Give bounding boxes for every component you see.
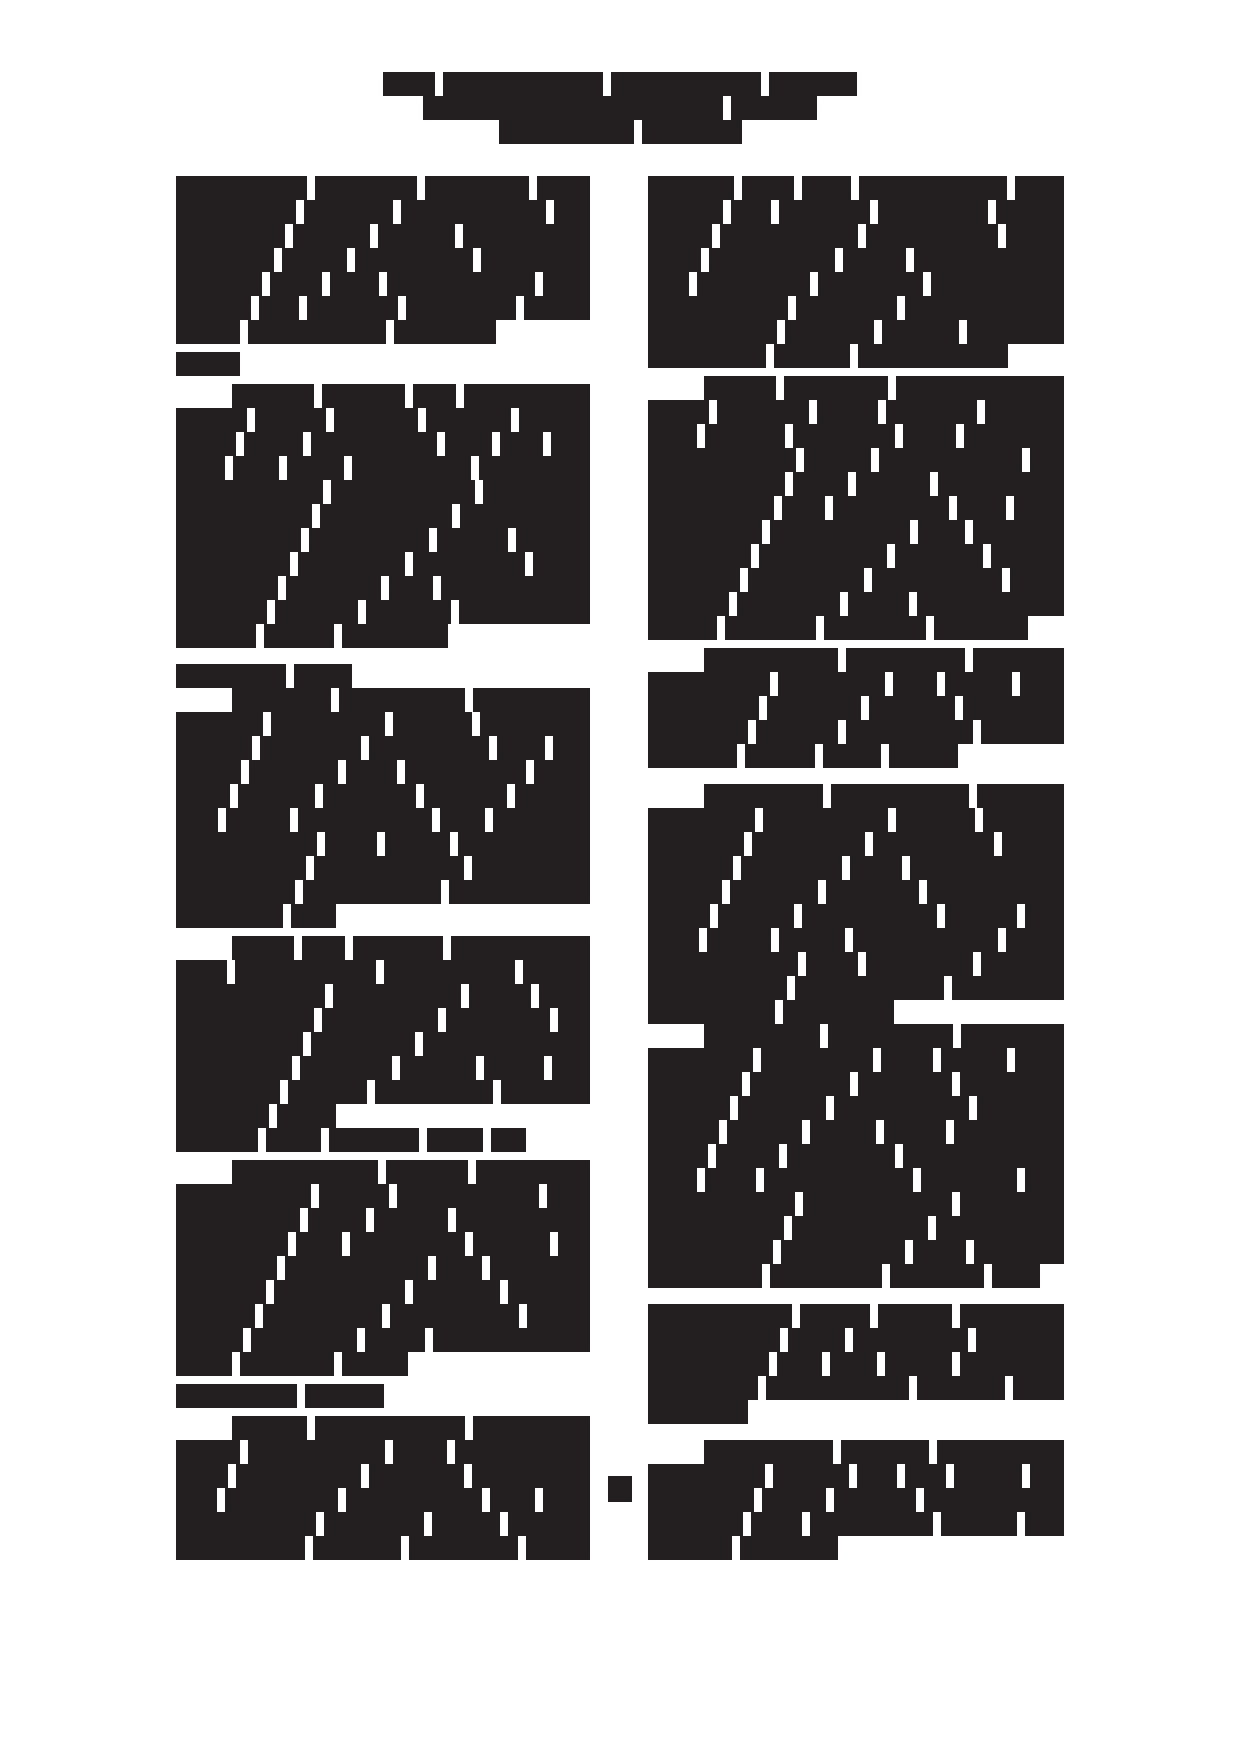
- text-block: [779, 200, 870, 224]
- text-block: [648, 344, 766, 368]
- text-block: [648, 880, 722, 904]
- text-block: [314, 856, 464, 880]
- text-block: [792, 1216, 928, 1240]
- text-block: [648, 1512, 743, 1536]
- text-block: [346, 1488, 482, 1512]
- text-line: [648, 1512, 1064, 1536]
- text-block: [895, 544, 983, 568]
- text-block: [490, 1256, 590, 1280]
- text-block: [275, 600, 358, 624]
- text-block: [315, 1416, 465, 1440]
- text-block: [400, 1056, 476, 1080]
- text-block: [366, 600, 451, 624]
- text-block: [334, 408, 418, 432]
- text-block: [302, 936, 345, 960]
- text-block: [848, 592, 909, 616]
- text-block: [977, 784, 1064, 808]
- text-block: [983, 808, 1064, 832]
- text-block: [176, 1008, 314, 1032]
- text-block: [440, 808, 485, 832]
- text-block: [176, 456, 225, 480]
- text-block: [397, 1184, 539, 1208]
- text-block: [282, 248, 347, 272]
- text-block: [176, 1080, 280, 1104]
- text-block: [551, 432, 590, 456]
- text-block: [704, 1440, 833, 1464]
- text-block: [853, 1328, 968, 1352]
- header-line: [383, 72, 857, 96]
- text-block: [785, 320, 874, 344]
- text-block: [817, 400, 878, 424]
- text-block: [515, 784, 590, 808]
- text-block: [484, 1056, 544, 1080]
- text-line: [648, 424, 1064, 448]
- text-line: [648, 696, 1064, 720]
- text-block: [499, 120, 634, 144]
- text-block: [705, 1168, 756, 1192]
- text-block: [648, 448, 796, 472]
- text-block: [1006, 928, 1064, 952]
- text-block: [881, 1048, 933, 1072]
- text-block: [176, 248, 274, 272]
- text-block: [738, 1096, 826, 1120]
- text-line: [648, 1464, 1064, 1488]
- text-block: [406, 296, 516, 320]
- text-block: [716, 1144, 779, 1168]
- text-line: [176, 1008, 590, 1032]
- text-block: [1030, 1464, 1064, 1488]
- text-block: [648, 1464, 765, 1488]
- text-block: [176, 784, 230, 808]
- text-block: [882, 320, 959, 344]
- text-block: [770, 1264, 882, 1288]
- text-block: [501, 1080, 590, 1104]
- text-block: [823, 744, 881, 768]
- text-block: [1020, 672, 1064, 696]
- text-block: [176, 880, 295, 904]
- text-block: [1006, 224, 1064, 248]
- text-block: [263, 1304, 382, 1328]
- text-block: [493, 808, 590, 832]
- text-block: [648, 400, 709, 424]
- text-block: [226, 808, 290, 832]
- text-line: [176, 552, 590, 576]
- text-block: [648, 1264, 762, 1288]
- text-block: [322, 384, 405, 408]
- text-block: [740, 1536, 838, 1560]
- text-block: [405, 760, 526, 784]
- text-block: [648, 472, 785, 496]
- text-block: [516, 528, 590, 552]
- text-block: [727, 1120, 802, 1144]
- text-line: [648, 976, 1064, 1000]
- text-block: [859, 176, 1007, 200]
- text-block: [803, 1192, 952, 1216]
- text-line: [232, 1160, 590, 1184]
- text-line: [648, 1192, 1064, 1216]
- text-block: [905, 296, 1064, 320]
- text-block: [834, 1488, 916, 1512]
- text-line: [176, 1488, 590, 1512]
- text-block: [176, 1352, 232, 1376]
- text-block: [648, 544, 751, 568]
- text-block: [779, 928, 845, 952]
- header-line: [499, 120, 742, 144]
- text-block: [244, 432, 303, 456]
- text-block: [960, 1352, 1064, 1376]
- text-block: [843, 248, 906, 272]
- text-block: [952, 976, 1064, 1000]
- text-block: [322, 1008, 438, 1032]
- text-block: [296, 1232, 342, 1256]
- text-block: [752, 832, 865, 856]
- text-block: [519, 408, 590, 432]
- text-block: [767, 696, 861, 720]
- text-block: [480, 712, 590, 736]
- text-block: [884, 1120, 946, 1144]
- text-line: [176, 1104, 336, 1128]
- text-block: [248, 1440, 385, 1464]
- text-block: [960, 1192, 1064, 1216]
- text-block: [890, 1264, 984, 1288]
- text-block: [251, 1328, 357, 1352]
- text-line: [232, 936, 590, 960]
- text-block: [473, 688, 590, 712]
- text-block: [893, 672, 937, 696]
- text-block: [648, 832, 744, 856]
- text-block: [523, 960, 590, 984]
- text-block: [266, 1128, 321, 1152]
- text-block: [378, 224, 455, 248]
- text-block: [369, 1464, 464, 1488]
- text-block: [309, 528, 429, 552]
- text-block: [896, 376, 1064, 400]
- text-block: [427, 1128, 483, 1152]
- text-line: [704, 376, 1064, 400]
- text-block: [648, 1048, 753, 1072]
- text-block: [648, 720, 748, 744]
- text-block: [287, 456, 344, 480]
- text-block: [648, 744, 737, 768]
- text-block: [176, 576, 278, 600]
- text-block: [742, 176, 794, 200]
- text-block: [869, 696, 955, 720]
- text-block: [543, 1488, 590, 1512]
- text-block: [323, 784, 416, 808]
- text-block: [878, 200, 988, 224]
- text-block: [383, 72, 435, 96]
- text-block: [236, 1464, 361, 1488]
- text-block: [697, 272, 810, 296]
- text-line: [648, 1304, 1064, 1328]
- text-block: [954, 1464, 1022, 1488]
- text-block: [539, 984, 590, 1008]
- text-block: [704, 648, 838, 672]
- text-line: [176, 1352, 408, 1376]
- text-line: [176, 1512, 590, 1536]
- text-block: [705, 424, 785, 448]
- text-block: [648, 1488, 754, 1512]
- text-block: [648, 296, 788, 320]
- text-block: [176, 1280, 266, 1304]
- text-block: [176, 1384, 297, 1408]
- text-block: [232, 1160, 378, 1184]
- text-block: [176, 760, 241, 784]
- text-block: [304, 200, 393, 224]
- text-block: [927, 880, 1064, 904]
- text-block: [425, 176, 529, 200]
- text-block: [274, 1280, 405, 1304]
- text-line: [176, 736, 590, 760]
- text-line: [176, 480, 590, 504]
- text-block: [315, 176, 417, 200]
- text-block: [176, 200, 296, 224]
- text-block: [176, 224, 285, 248]
- text-block: [648, 224, 712, 248]
- text-block: [459, 600, 590, 624]
- text-line: [176, 1256, 590, 1280]
- text-block: [977, 1096, 1064, 1120]
- text-block: [409, 1536, 518, 1560]
- text-line: [648, 952, 1064, 976]
- text-block: [385, 832, 450, 856]
- text-line: [176, 432, 590, 456]
- text-line: [648, 248, 1064, 272]
- text-block: [473, 1232, 550, 1256]
- text-block: [441, 576, 590, 600]
- text-block: [543, 272, 590, 296]
- text-block: [777, 1352, 822, 1376]
- text-block: [443, 72, 603, 96]
- text-block: [648, 248, 701, 272]
- text-block: [858, 344, 1008, 368]
- text-block: [176, 984, 325, 1008]
- text-block: [533, 552, 590, 576]
- text-line: [176, 1056, 590, 1080]
- text-block: [648, 1000, 775, 1024]
- text-line: [648, 1488, 1064, 1512]
- text-block: [176, 480, 323, 504]
- text-line: [648, 1400, 748, 1424]
- text-line: [176, 808, 590, 832]
- text-block: [957, 496, 1006, 520]
- text-block: [176, 904, 283, 928]
- text-line: [176, 1032, 590, 1056]
- text-block: [730, 880, 818, 904]
- text-line: [176, 832, 590, 856]
- text-line: [648, 1240, 1064, 1264]
- text-line: [648, 472, 1064, 496]
- text-block: [238, 784, 315, 808]
- text-block: [787, 1144, 895, 1168]
- text-block: [967, 320, 1064, 344]
- text-line: [232, 688, 590, 712]
- text-line: [648, 856, 1064, 880]
- text-line: [648, 520, 1064, 544]
- text-block: [731, 96, 817, 120]
- text-line: [176, 1536, 590, 1560]
- text-block: [905, 1464, 946, 1488]
- text-block: [353, 936, 443, 960]
- text-block: [390, 1304, 519, 1328]
- text-line: [648, 720, 1064, 744]
- text-block: [558, 1232, 590, 1256]
- text-block: [648, 272, 689, 296]
- text-block: [476, 1160, 590, 1184]
- text-block: [648, 1536, 732, 1560]
- text-block: [352, 456, 471, 480]
- text-block: [903, 424, 956, 448]
- text-block: [774, 344, 850, 368]
- text-block: [176, 1232, 288, 1256]
- text-line: [176, 1440, 590, 1464]
- text-block: [748, 568, 864, 592]
- text-block: [804, 448, 871, 472]
- text-block: [1025, 904, 1064, 928]
- text-line: [176, 600, 590, 624]
- text-block: [648, 320, 777, 344]
- text-block: [1025, 1168, 1064, 1192]
- text-line: [176, 320, 496, 344]
- text-block: [976, 1328, 1064, 1352]
- text-block: [176, 624, 256, 648]
- text-block: [389, 576, 433, 600]
- text-block: [824, 616, 926, 640]
- text-block: [830, 1352, 877, 1376]
- text-block: [1015, 176, 1064, 200]
- text-block: [375, 1080, 493, 1104]
- text-block: [293, 224, 370, 248]
- text-block: [981, 952, 1064, 976]
- text-block: [828, 1024, 953, 1048]
- text-block: [423, 96, 723, 120]
- text-block: [481, 248, 590, 272]
- page-number: [608, 1476, 632, 1502]
- text-block: [782, 496, 825, 520]
- text-block: [233, 456, 279, 480]
- text-block: [826, 880, 919, 904]
- text-block: [648, 808, 755, 832]
- text-block: [793, 472, 848, 496]
- text-line: [176, 880, 590, 904]
- text-block: [473, 1416, 590, 1440]
- text-block: [954, 1120, 1064, 1144]
- text-block: [394, 320, 496, 344]
- text-line: [648, 1264, 1040, 1288]
- text-block: [294, 664, 352, 688]
- text-line: [648, 928, 1064, 952]
- text-line: [648, 880, 1064, 904]
- text-line: [176, 1184, 590, 1208]
- text-block: [325, 832, 377, 856]
- text-line: [232, 384, 590, 408]
- text-block: [878, 1304, 952, 1328]
- text-block: [756, 720, 838, 744]
- text-line: [648, 320, 1064, 344]
- section-heading: [176, 352, 240, 376]
- text-line: [648, 200, 1064, 224]
- text-line: [176, 528, 590, 552]
- text-block: [981, 720, 1064, 744]
- text-block: [311, 1032, 415, 1056]
- text-block: [176, 600, 267, 624]
- text-block: [176, 1488, 217, 1512]
- text-block: [857, 1464, 897, 1488]
- text-line: [176, 1080, 590, 1104]
- text-line: [176, 1232, 590, 1256]
- text-block: [936, 1216, 1064, 1240]
- text-block: [941, 1048, 1007, 1072]
- text-block: [176, 712, 263, 736]
- text-block: [260, 736, 361, 760]
- text-line: [176, 1280, 590, 1304]
- text-block: [745, 744, 815, 768]
- section-heading: [176, 1384, 384, 1408]
- text-block: [413, 1280, 500, 1304]
- text-block: [889, 744, 958, 768]
- text-block: [648, 696, 759, 720]
- text-line: [648, 616, 1028, 640]
- text-block: [856, 472, 930, 496]
- text-block: [255, 408, 326, 432]
- text-block: [176, 320, 240, 344]
- text-line: [176, 200, 590, 224]
- text-block: [879, 448, 1022, 472]
- text-line: [648, 448, 1064, 472]
- text-block: [401, 200, 546, 224]
- text-line: [648, 544, 1064, 568]
- text-line: [176, 176, 590, 200]
- text-block: [479, 456, 590, 480]
- text-block: [176, 528, 301, 552]
- text-line: [648, 592, 1064, 616]
- text-block: [455, 1440, 590, 1464]
- text-block: [910, 856, 1064, 880]
- text-block: [232, 384, 314, 408]
- text-block: [764, 1168, 913, 1192]
- text-block: [938, 472, 1064, 496]
- text-block: [176, 736, 252, 760]
- text-block: [850, 856, 902, 880]
- text-block: [853, 928, 998, 952]
- text-block: [802, 176, 851, 200]
- text-block: [648, 200, 723, 224]
- text-block: [176, 1256, 277, 1280]
- text-block: [903, 1144, 1064, 1168]
- text-line: [704, 648, 1064, 672]
- text-block: [264, 624, 334, 648]
- text-block: [346, 760, 397, 784]
- text-line: [648, 176, 1064, 200]
- text-block: [176, 296, 251, 320]
- text-block: [960, 1072, 1064, 1096]
- text-line: [176, 1328, 590, 1352]
- text-block: [386, 1160, 468, 1184]
- text-line: [648, 272, 1064, 296]
- text-block: [924, 1488, 1064, 1512]
- text-block: [831, 784, 969, 808]
- text-line: [648, 1216, 1064, 1240]
- text-block: [176, 1440, 240, 1464]
- text-block: [176, 664, 286, 688]
- text-block: [648, 1072, 742, 1096]
- text-block: [527, 1304, 590, 1328]
- text-block: [917, 592, 1064, 616]
- text-block: [355, 248, 473, 272]
- text-block: [648, 856, 733, 880]
- text-block: [449, 880, 590, 904]
- text-block: [1013, 1376, 1064, 1400]
